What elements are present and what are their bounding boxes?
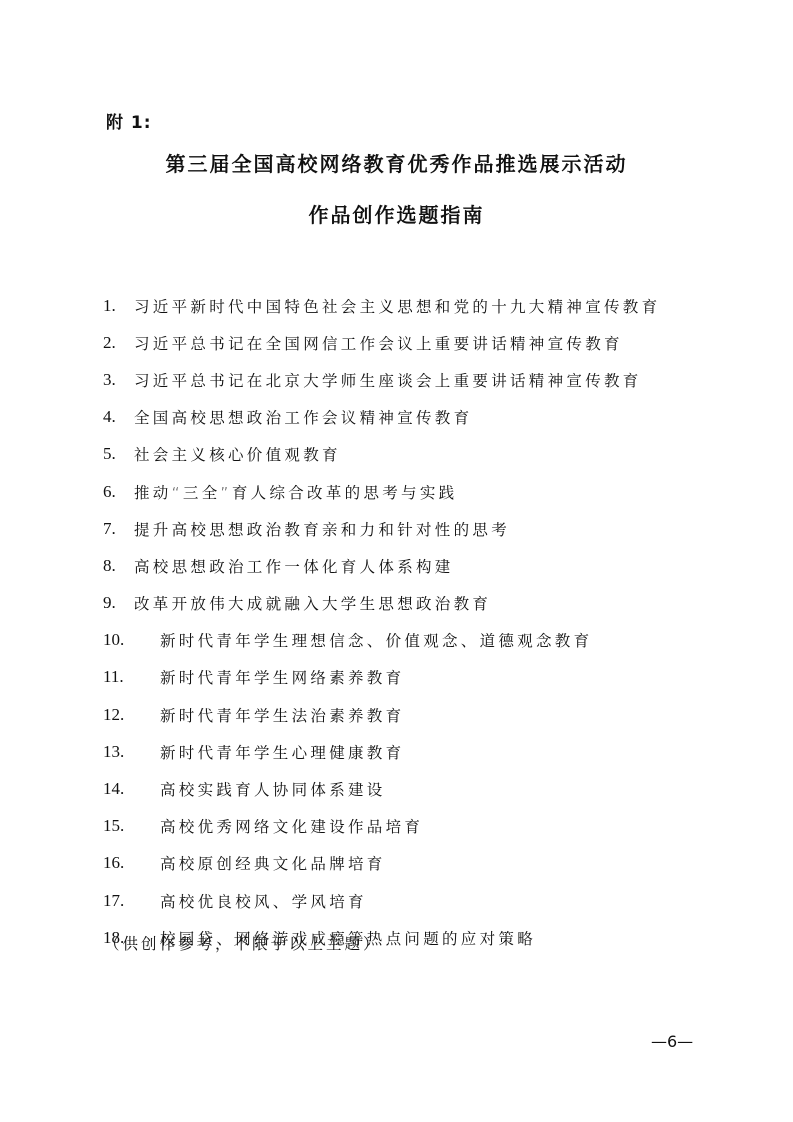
list-item: 9.改革开放伟大成就融入大学生思想政治教育 [103, 585, 660, 622]
item-text: 新时代青年学生理想信念、价值观念、道德观念教育 [160, 629, 592, 651]
item-number: 12. [103, 705, 160, 725]
item-number: 8. [103, 556, 134, 576]
item-number: 17. [103, 891, 160, 911]
list-item: 7.提升高校思想政治教育亲和力和针对性的思考 [103, 510, 660, 547]
document-subtitle: 作品创作选题指南 [0, 199, 793, 228]
list-item: 11.新时代青年学生网络素养教育 [103, 659, 660, 696]
item-number: 16. [103, 853, 160, 873]
item-number: 2. [103, 333, 134, 353]
list-item: 13.新时代青年学生心理健康教育 [103, 733, 660, 770]
list-item: 3.习近平总书记在北京大学师生座谈会上重要讲话精神宣传教育 [103, 361, 660, 398]
item-text: 高校原创经典文化品牌培育 [160, 852, 386, 874]
item-text: 高校优秀网络文化建设作品培育 [160, 815, 423, 837]
item-text: 高校优良校风、学风培育 [160, 890, 367, 912]
item-text: 新时代青年学生法治素养教育 [160, 704, 404, 726]
item-number: 6. [103, 482, 134, 502]
item-number: 11. [103, 667, 160, 687]
list-item: 4.全国高校思想政治工作会议精神宣传教育 [103, 399, 660, 436]
item-text: 全国高校思想政治工作会议精神宣传教育 [134, 406, 472, 428]
item-text: 新时代青年学生网络素养教育 [160, 666, 404, 688]
attachment-label: 附 1: [106, 108, 152, 133]
item-number: 4. [103, 407, 134, 427]
item-number: 7. [103, 519, 134, 539]
list-item: 17.高校优良校风、学风培育 [103, 882, 660, 919]
list-item: 1.习近平新时代中国特色社会主义思想和党的十九大精神宣传教育 [103, 287, 660, 324]
item-text: 高校思想政治工作一体化育人体系构建 [134, 555, 454, 577]
list-item: 2.习近平总书记在全国网信工作会议上重要讲话精神宣传教育 [103, 324, 660, 361]
item-number: 1. [103, 296, 134, 316]
item-number: 5. [103, 444, 134, 464]
item-text: 习近平总书记在北京大学师生座谈会上重要讲话精神宣传教育 [134, 369, 642, 391]
item-number: 15. [103, 816, 160, 836]
item-text: 提升高校思想政治教育亲和力和针对性的思考 [134, 518, 510, 540]
document-title: 第三届全国高校网络教育优秀作品推选展示活动 [0, 148, 793, 177]
item-text: 习近平新时代中国特色社会主义思想和党的十九大精神宣传教育 [134, 295, 660, 317]
list-item: 5.社会主义核心价值观教育 [103, 436, 660, 473]
item-text: 社会主义核心价值观教育 [134, 443, 341, 465]
list-item: 16.高校原创经典文化品牌培育 [103, 845, 660, 882]
item-number: 13. [103, 742, 160, 762]
item-number: 3. [103, 370, 134, 390]
item-text: 习近平总书记在全国网信工作会议上重要讲话精神宣传教育 [134, 332, 623, 354]
page-number: —6— [651, 1032, 693, 1051]
item-number: 10. [103, 630, 160, 650]
item-text: 新时代青年学生心理健康教育 [160, 741, 404, 763]
topic-list: 1.习近平新时代中国特色社会主义思想和党的十九大精神宣传教育 2.习近平总书记在… [103, 287, 660, 956]
reference-note: （供创作参考，不限于以上主题） [104, 932, 382, 954]
list-item: 8.高校思想政治工作一体化育人体系构建 [103, 547, 660, 584]
list-item: 12.新时代青年学生法治素养教育 [103, 696, 660, 733]
item-number: 9. [103, 593, 134, 613]
list-item: 10.新时代青年学生理想信念、价值观念、道德观念教育 [103, 622, 660, 659]
item-text: 改革开放伟大成就融入大学生思想政治教育 [134, 592, 491, 614]
item-text: 推动“三全”育人综合改革的思考与实践 [134, 481, 457, 503]
item-text: 高校实践育人协同体系建设 [160, 778, 386, 800]
item-number: 14. [103, 779, 160, 799]
list-item: 6.推动“三全”育人综合改革的思考与实践 [103, 473, 660, 510]
list-item: 15.高校优秀网络文化建设作品培育 [103, 808, 660, 845]
list-item: 14.高校实践育人协同体系建设 [103, 770, 660, 807]
